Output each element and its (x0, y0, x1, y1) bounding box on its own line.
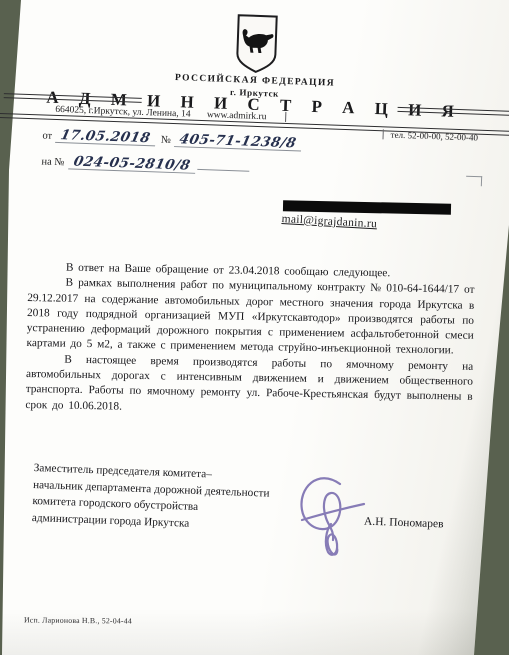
executor-note: Исп. Ларионова Н.В., 52-04-44 (24, 615, 132, 625)
from-label: от (42, 130, 52, 141)
letterhead: РОССИЙСКАЯ ФЕДЕРАЦИЯ г. Иркутск А Д М И … (0, 0, 509, 202)
reply-number-handwritten: 024-05-2810/8 (68, 156, 197, 173)
date-handwritten: 17.05.2018 (55, 130, 157, 146)
body-paragraph-2: В рамках выполнения работ по муниципальн… (26, 275, 474, 359)
number-handwritten: 405-71-1238/8 (174, 134, 303, 151)
outgoing-reference-row: от 17.05.2018 № 405-71-1238/8 (42, 129, 304, 151)
reply-label: на № (41, 156, 64, 168)
letter-body: В ответ на Ваше обращение от 23.04.2018 … (25, 260, 475, 421)
blank-underline (197, 157, 249, 172)
irkutsk-coat-of-arms-icon (234, 13, 280, 74)
address-corner-mark (466, 176, 482, 187)
incoming-reference-row: на № 024-05-2810/8 (41, 151, 250, 175)
signature-ink (288, 466, 370, 566)
scanned-letter: РОССИЙСКАЯ ФЕДЕРАЦИЯ г. Иркутск А Д М И … (0, 0, 509, 655)
separator-tick (285, 112, 286, 122)
body-paragraph-3: В настоящее время производятся работы по… (25, 352, 473, 421)
number-label: № (161, 135, 171, 146)
phone-text: тел. 52-00-00, 52-00-40 (382, 129, 478, 142)
